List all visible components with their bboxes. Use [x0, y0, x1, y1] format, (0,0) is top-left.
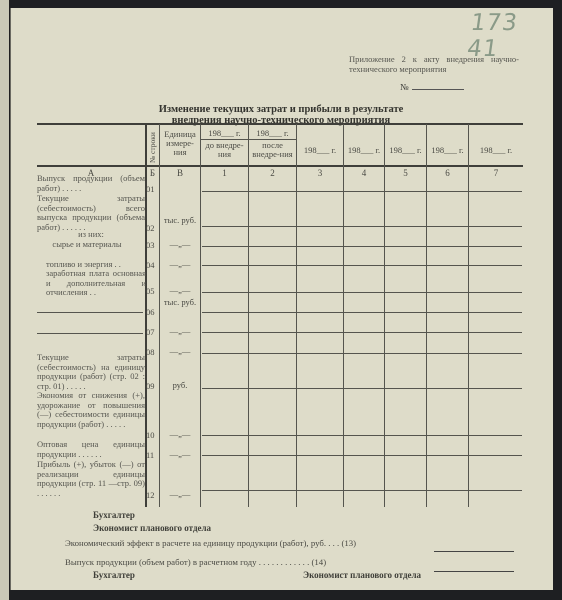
grid-rule-08 — [202, 353, 522, 354]
footer-line-13: Экономический эффект в расчете на единиц… — [65, 538, 356, 548]
col-divider-3 — [343, 124, 344, 507]
header-year-col7: 198___ г. — [469, 146, 523, 155]
row-unit-09: руб. — [160, 381, 200, 390]
row-label-11: Оптовая цена единицы продукции . . . . .… — [37, 440, 145, 459]
col-divider-1 — [248, 124, 249, 507]
grid-rule-11 — [202, 455, 522, 456]
header-year-col5: 198___ г. — [385, 146, 426, 155]
footer-blank-14[interactable] — [434, 571, 514, 572]
scan-left-edge — [0, 0, 9, 600]
col-code-3: 3 — [297, 168, 343, 178]
row-unit-03: —„— — [160, 240, 200, 249]
signature-accountant: Бухгалтер — [93, 510, 135, 520]
table-top-rule — [37, 123, 523, 125]
col-code-2: 2 — [249, 168, 296, 178]
row-label-02: Текущие затраты (себестоимость) всего вы… — [37, 194, 145, 232]
grid-rule-07 — [202, 332, 522, 333]
row-no-02: 02 — [146, 223, 155, 233]
header-year-col6: 198___ г. — [427, 146, 468, 155]
col-code-b: Б — [146, 168, 159, 178]
appendix-note: Приложение 2 к акту внедрения научно-тех… — [349, 54, 519, 74]
row-unit-07: —„— — [160, 327, 200, 336]
row-unit-12: —„— — [160, 490, 200, 499]
row-no-09: 09 — [146, 381, 155, 391]
number-blank[interactable] — [412, 89, 464, 90]
row-unit-04: —„— — [160, 260, 200, 269]
col-divider-c — [200, 124, 201, 507]
signature-economist: Экономист планового отдела — [93, 523, 211, 533]
footer-line-14: Выпуск продукции (объем работ) в расчетн… — [65, 557, 326, 567]
row-label-05: заработная плата основная и дополнительн… — [46, 269, 146, 298]
form-page: 173 41 Приложение 2 к акту внедрения нау… — [10, 8, 553, 590]
header-bottom-rule — [37, 165, 523, 167]
row-no-03: 03 — [146, 240, 155, 250]
row-07-blank-line[interactable] — [37, 333, 143, 334]
row-unit-05: —„— — [160, 286, 200, 295]
grid-rule-03 — [202, 246, 522, 247]
title-line-1: Изменение текущих затрат и прибыли в рез… — [131, 104, 431, 115]
header-before: до внедре-ния — [201, 141, 248, 159]
row-unit-02: тыс. руб. — [160, 216, 200, 225]
row-label-12: Прибыль (+), убыток (—) от реализации ед… — [37, 460, 145, 498]
row-no-10: 10 — [146, 430, 155, 440]
header-year-col3: 198___ г. — [297, 146, 343, 155]
row-no-06: 06 — [146, 307, 155, 317]
row-no-12: 12 — [146, 490, 155, 500]
grid-rule-04 — [202, 265, 522, 266]
row-no-07: 07 — [146, 327, 155, 337]
row-no-01: 01 — [146, 184, 155, 194]
grid-rule-01 — [202, 191, 522, 192]
col-code-5: 5 — [385, 168, 426, 178]
row-no-05: 05 — [146, 286, 155, 296]
col-divider-2 — [296, 124, 297, 507]
grid-rule-02 — [202, 226, 522, 227]
header-year-col2: 198___ г. — [249, 129, 296, 138]
col-code-6: 6 — [427, 168, 468, 178]
document-number-field: № — [400, 82, 464, 92]
row-no-11: 11 — [146, 450, 154, 460]
footer-blank-13[interactable] — [434, 551, 514, 552]
row-unit-11: —„— — [160, 450, 200, 459]
grid-rule-05 — [202, 292, 522, 293]
footer-accountant: Бухгалтер — [93, 570, 135, 580]
col-code-4: 4 — [344, 168, 384, 178]
grid-rule-10 — [202, 435, 522, 436]
grid-rule-06 — [202, 312, 522, 313]
col-code-7: 7 — [469, 168, 523, 178]
row-label-09: Текущие затраты (себестоимость) на едини… — [37, 353, 145, 391]
row-no-04: 04 — [146, 260, 155, 270]
row-label-03: сырье и материалы — [37, 240, 137, 250]
number-label: № — [400, 82, 409, 92]
header-row-no: № строки — [148, 132, 157, 163]
row-label-01: Выпуск продукции (объем работ) . . . . . — [37, 174, 145, 193]
grid-rule-12 — [202, 490, 522, 491]
row-unit-10: —„— — [160, 430, 200, 439]
grid-rule-09 — [202, 388, 522, 389]
col-divider-6 — [468, 124, 469, 507]
row-label-10: Экономия от снижения (+), удорожание от … — [37, 391, 145, 429]
header-after: после внедре-ния — [249, 141, 296, 159]
row-no-08: 08 — [146, 347, 155, 357]
footer-economist: Экономист планового отдела — [303, 570, 421, 580]
header-year-col1: 198___ г. — [201, 129, 248, 138]
col-divider-4 — [384, 124, 385, 507]
row-unit-06: тыс. руб. — [160, 298, 200, 307]
col-code-v: В — [160, 168, 200, 178]
header-year-col4: 198___ г. — [344, 146, 384, 155]
row-unit-08: —„— — [160, 347, 200, 356]
header-unit: Единица измере-ния — [160, 130, 200, 157]
col-divider-5 — [426, 124, 427, 507]
col-code-1: 1 — [201, 168, 248, 178]
row-06-blank-line[interactable] — [37, 312, 143, 313]
